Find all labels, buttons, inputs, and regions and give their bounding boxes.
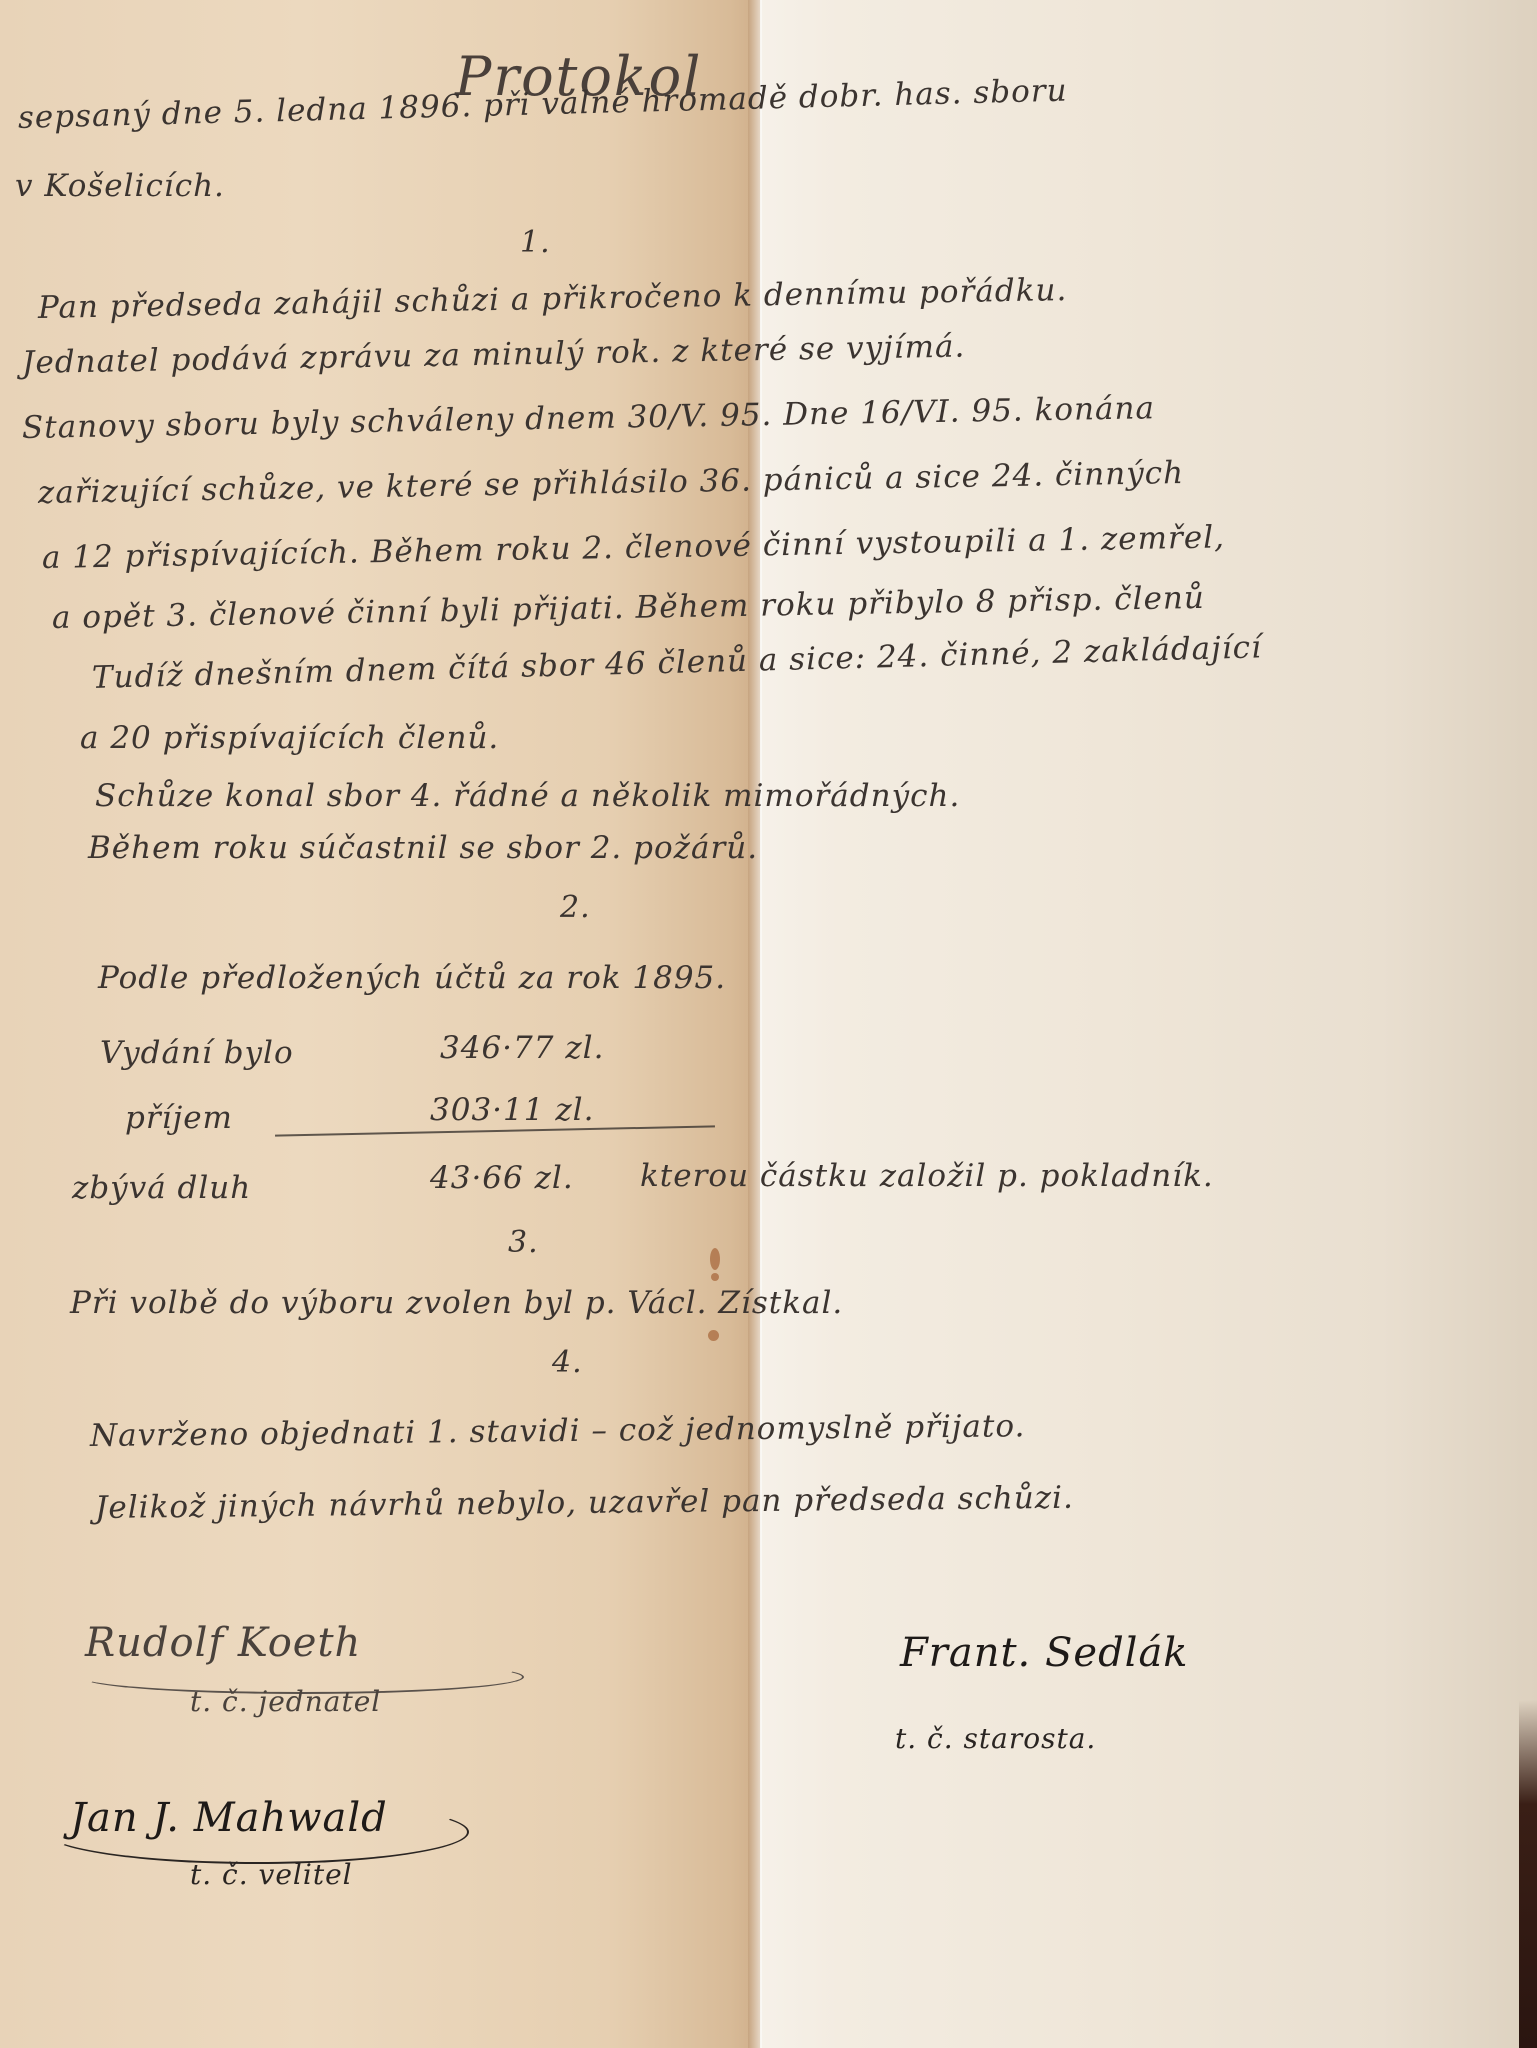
text-line: Podle předložených účtů za rok 1895.	[98, 960, 726, 996]
ledger-amount: 303·11 zl.	[430, 1092, 594, 1128]
signature-flourish	[45, 1800, 469, 1864]
text-line: Při volbě do výboru zvolen byl p. Václ. …	[70, 1285, 843, 1321]
section-number: 2.	[560, 890, 591, 925]
ink-stain	[710, 1248, 720, 1270]
intro-line: v Košelicích.	[15, 168, 225, 204]
ledger-label: zbývá dluh	[72, 1170, 251, 1206]
ink-stain	[711, 1273, 719, 1281]
section-number: 4.	[552, 1345, 583, 1380]
ledger-label: Vydání bylo	[100, 1035, 294, 1071]
ledger-label: příjem	[125, 1100, 233, 1136]
ledger-amount: 43·66 zl.	[430, 1160, 574, 1196]
signature-role: t. č. starosta.	[895, 1722, 1096, 1755]
ink-stain	[708, 1330, 719, 1341]
signature-name: Frant. Sedlák	[900, 1630, 1189, 1676]
text-line: a 20 přispívajících členů.	[80, 720, 499, 756]
text-line: Během roku súčastnil se sbor 2. požárů.	[88, 830, 758, 866]
ledger-amount: 346·77 zl.	[440, 1030, 604, 1066]
text-line: Schůze konal sbor 4. řádné a několik mim…	[95, 778, 960, 814]
book-edge	[1519, 1700, 1537, 2048]
ledger-note: kterou částku založil p. pokladník.	[640, 1158, 1214, 1194]
section-number: 1.	[520, 225, 551, 260]
signature-role: t. č. jednatel	[190, 1685, 381, 1718]
signature-role: t. č. velitel	[190, 1858, 353, 1891]
section-number: 3.	[508, 1225, 539, 1260]
